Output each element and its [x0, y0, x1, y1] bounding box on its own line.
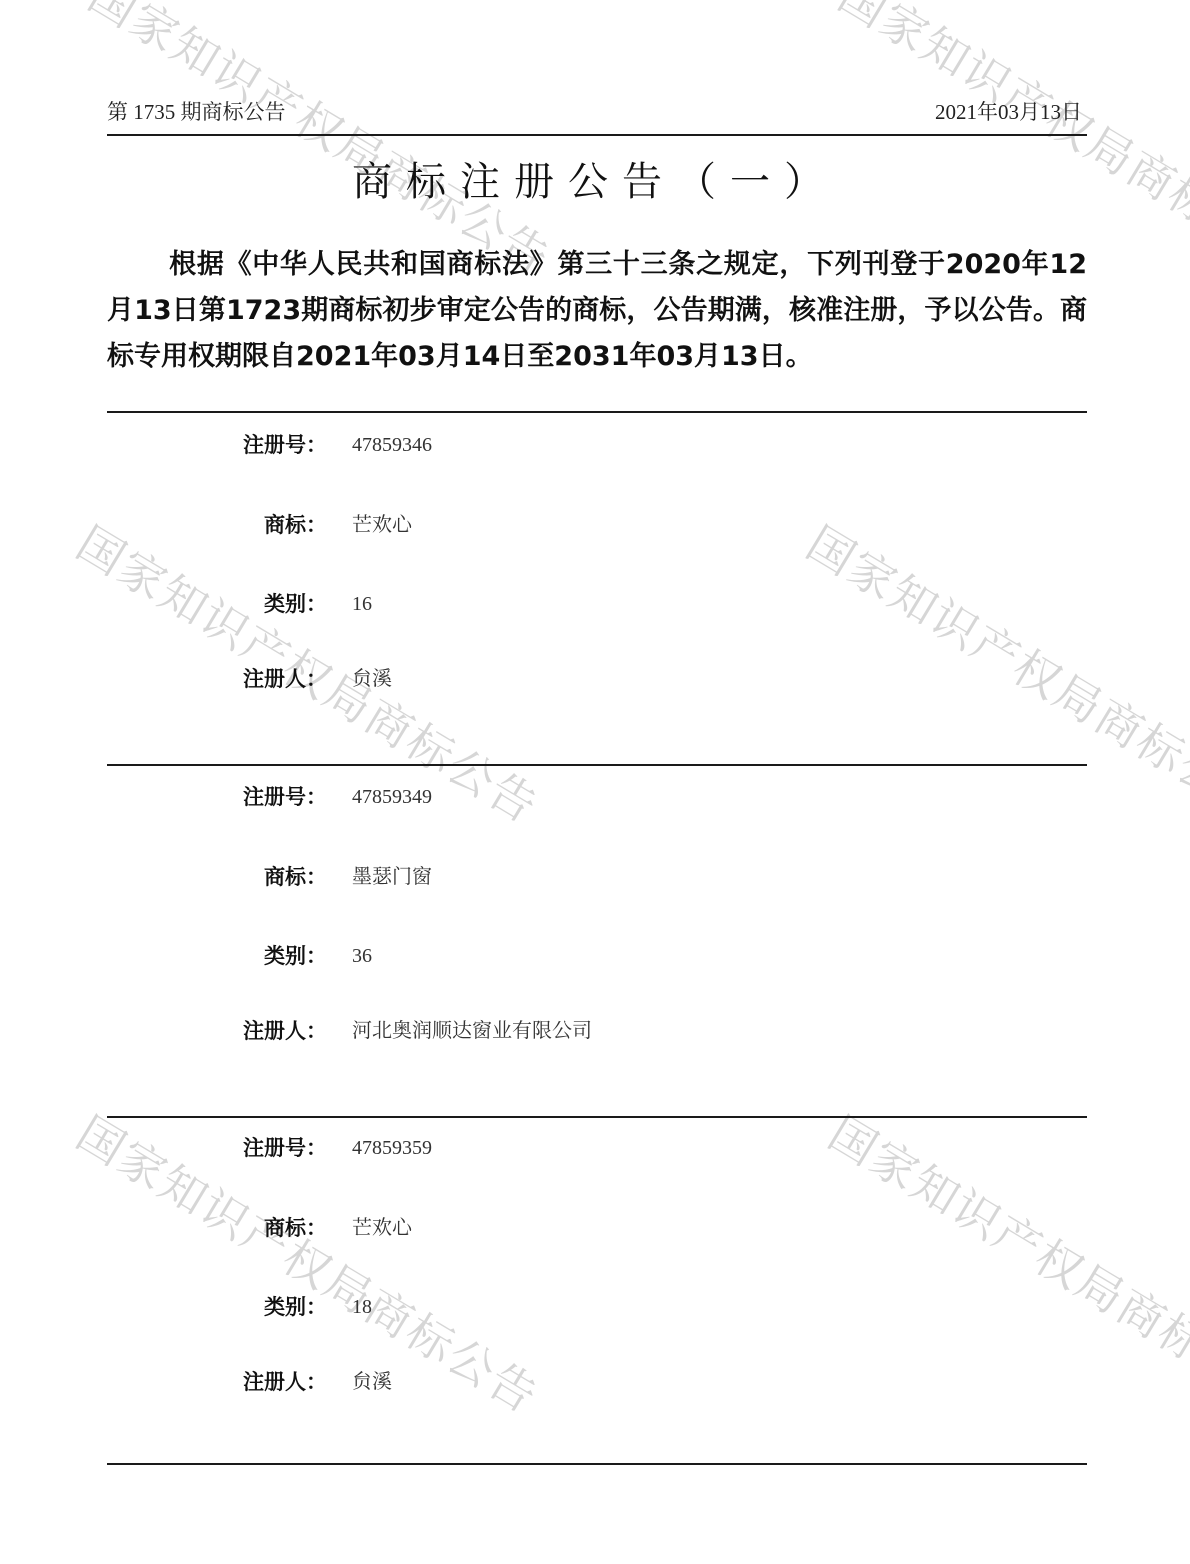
field-registrant: 注册人： 贠溪 [107, 1367, 1087, 1397]
mark-value: 芒欢心 [352, 1213, 412, 1243]
class-value: 16 [352, 589, 372, 619]
reg-no-value: 47859359 [352, 1133, 432, 1163]
intro-paragraph: 根据《中华人民共和国商标法》第三十三条之规定，下列刊登于2020年12月13日第… [107, 242, 1087, 380]
document-page: 国家知识产权局商标公告 国家知识产权局商标公告 国家知识产权局商标公告 国家知识… [0, 0, 1190, 1564]
registrant-label: 注册人： [127, 1016, 327, 1046]
issue-number: 第 1735 期商标公告 [107, 96, 286, 126]
field-reg-no: 注册号： 47859346 [107, 430, 1087, 460]
field-registrant: 注册人： 河北奥润顺达窗业有限公司 [107, 1016, 1087, 1046]
class-label: 类别： [127, 589, 327, 619]
mark-value: 墨瑟门窗 [352, 862, 432, 892]
field-mark: 商标： 芒欢心 [107, 1213, 1087, 1243]
class-label: 类别： [127, 941, 327, 971]
footer-divider [107, 1463, 1087, 1465]
class-value: 36 [352, 941, 372, 971]
mark-label: 商标： [127, 862, 327, 892]
registrant-label: 注册人： [127, 1367, 327, 1397]
field-class: 类别： 36 [107, 941, 1087, 971]
reg-no-label: 注册号： [127, 1133, 327, 1163]
mark-value: 芒欢心 [352, 510, 412, 540]
record-divider [107, 1116, 1087, 1118]
class-label: 类别： [127, 1292, 327, 1322]
issue-date: 2021年03月13日 [935, 96, 1082, 126]
reg-no-value: 47859346 [352, 430, 432, 460]
record-divider [107, 411, 1087, 413]
field-mark: 商标： 墨瑟门窗 [107, 862, 1087, 892]
field-registrant: 注册人： 贠溪 [107, 664, 1087, 694]
header-divider [107, 134, 1087, 136]
registrant-value: 贠溪 [352, 1367, 392, 1397]
record-divider [107, 764, 1087, 766]
reg-no-value: 47859349 [352, 782, 432, 812]
mark-label: 商标： [127, 1213, 327, 1243]
reg-no-label: 注册号： [127, 782, 327, 812]
field-class: 类别： 16 [107, 589, 1087, 619]
registrant-label: 注册人： [127, 664, 327, 694]
field-reg-no: 注册号： 47859359 [107, 1133, 1087, 1163]
field-class: 类别： 18 [107, 1292, 1087, 1322]
page-title: 商标注册公告（一） [0, 150, 1190, 207]
reg-no-label: 注册号： [127, 430, 327, 460]
mark-label: 商标： [127, 510, 327, 540]
field-mark: 商标： 芒欢心 [107, 510, 1087, 540]
class-value: 18 [352, 1292, 372, 1322]
field-reg-no: 注册号： 47859349 [107, 782, 1087, 812]
registrant-value: 河北奥润顺达窗业有限公司 [352, 1016, 592, 1046]
registrant-value: 贠溪 [352, 664, 392, 694]
